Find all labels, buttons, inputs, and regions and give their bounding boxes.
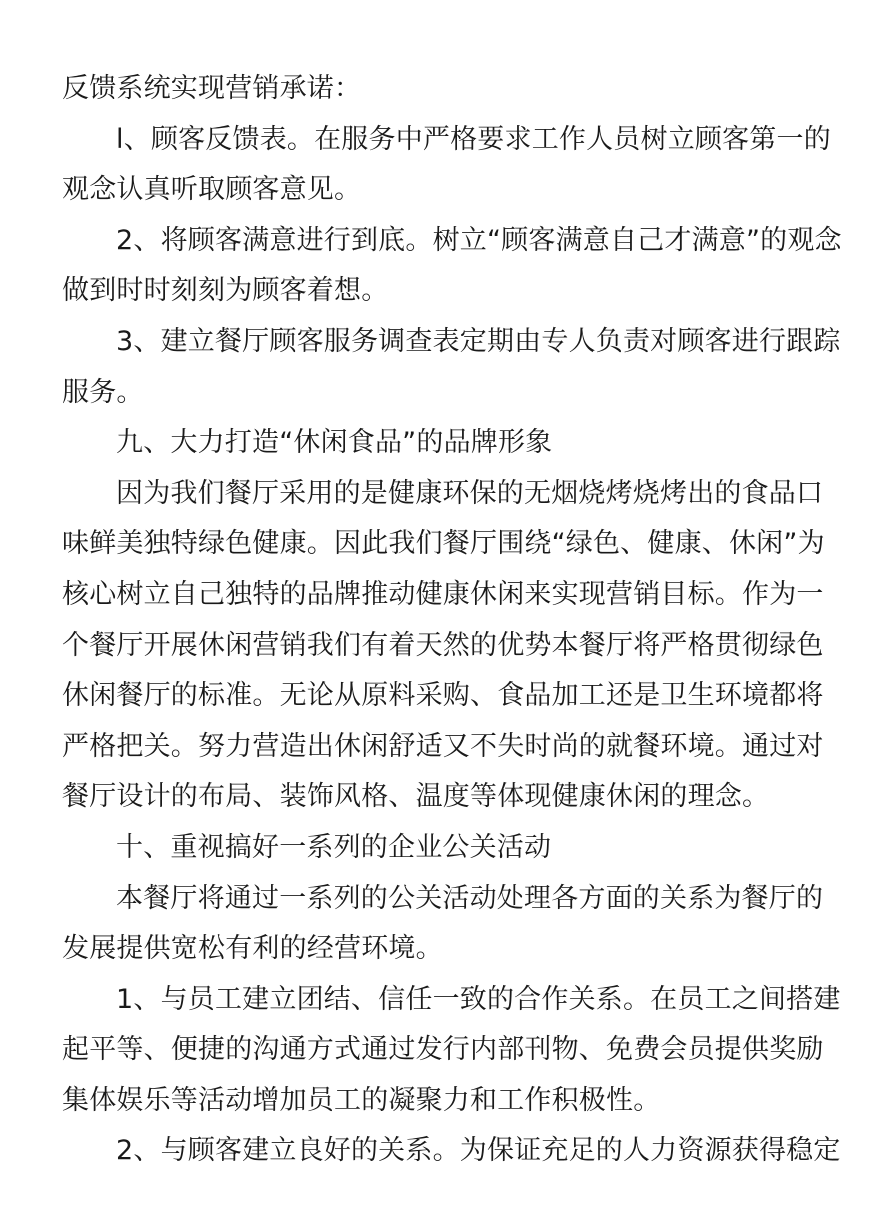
- text-line: 发展提供宽松有利的经营环境。: [62, 924, 832, 975]
- text-line-intro: 反馈系统实现营销承诺：: [62, 64, 832, 115]
- text-line: 集体娱乐等活动增加员工的凝聚力和工作积极性。: [62, 1076, 832, 1127]
- text-line: 起平等、便捷的沟通方式通过发行内部刊物、免费会员提供奖励: [62, 1025, 832, 1076]
- text-line-feedback-item-3: 3、建立餐厅顾客服务调查表定期由专人负责对顾客进行跟踪: [62, 317, 832, 368]
- section-heading-10: 十、重视搞好一系列的企业公关活动: [62, 823, 832, 874]
- text-line-pr-item-2: 2、与顾客建立良好的关系。为保证充足的人力资源获得稳定: [62, 1126, 832, 1177]
- text-line: 餐厅设计的布局、装饰风格、温度等体现健康休闲的理念。: [62, 772, 832, 823]
- text-line-paragraph-start: 本餐厅将通过一系列的公关活动处理各方面的关系为餐厅的: [62, 874, 832, 925]
- text-line: 做到时时刻刻为顾客着想。: [62, 266, 832, 317]
- text-line: 核心树立自己独特的品牌推动健康休闲来实现营销目标。作为一: [62, 570, 832, 621]
- section-heading-9: 九、大力打造“休闲食品”的品牌形象: [62, 418, 832, 469]
- text-line-feedback-item-2: 2、将顾客满意进行到底。树立“顾客满意自己才满意”的观念: [62, 216, 832, 267]
- text-line: 服务。: [62, 368, 832, 419]
- document-page: 反馈系统实现营销承诺： l、顾客反馈表。在服务中严格要求工作人员树立顾客第一的 …: [62, 64, 832, 1177]
- text-line: 味鲜美独特绿色健康。因此我们餐厅围绕“绿色、健康、休闲”为: [62, 519, 832, 570]
- text-line: 严格把关。努力营造出休闲舒适又不失时尚的就餐环境。通过对: [62, 722, 832, 773]
- text-line-feedback-item-1: l、顾客反馈表。在服务中严格要求工作人员树立顾客第一的: [62, 115, 832, 166]
- text-line: 休闲餐厅的标准。无论从原料采购、食品加工还是卫生环境都将: [62, 671, 832, 722]
- text-line-pr-item-1: 1、与员工建立团结、信任一致的合作关系。在员工之间搭建: [62, 975, 832, 1026]
- text-line: 个餐厅开展休闲营销我们有着天然的优势本餐厅将严格贯彻绿色: [62, 621, 832, 672]
- text-line-paragraph-start: 因为我们餐厅采用的是健康环保的无烟烧烤烧烤出的食品口: [62, 469, 832, 520]
- text-line: 观念认真听取顾客意见。: [62, 165, 832, 216]
